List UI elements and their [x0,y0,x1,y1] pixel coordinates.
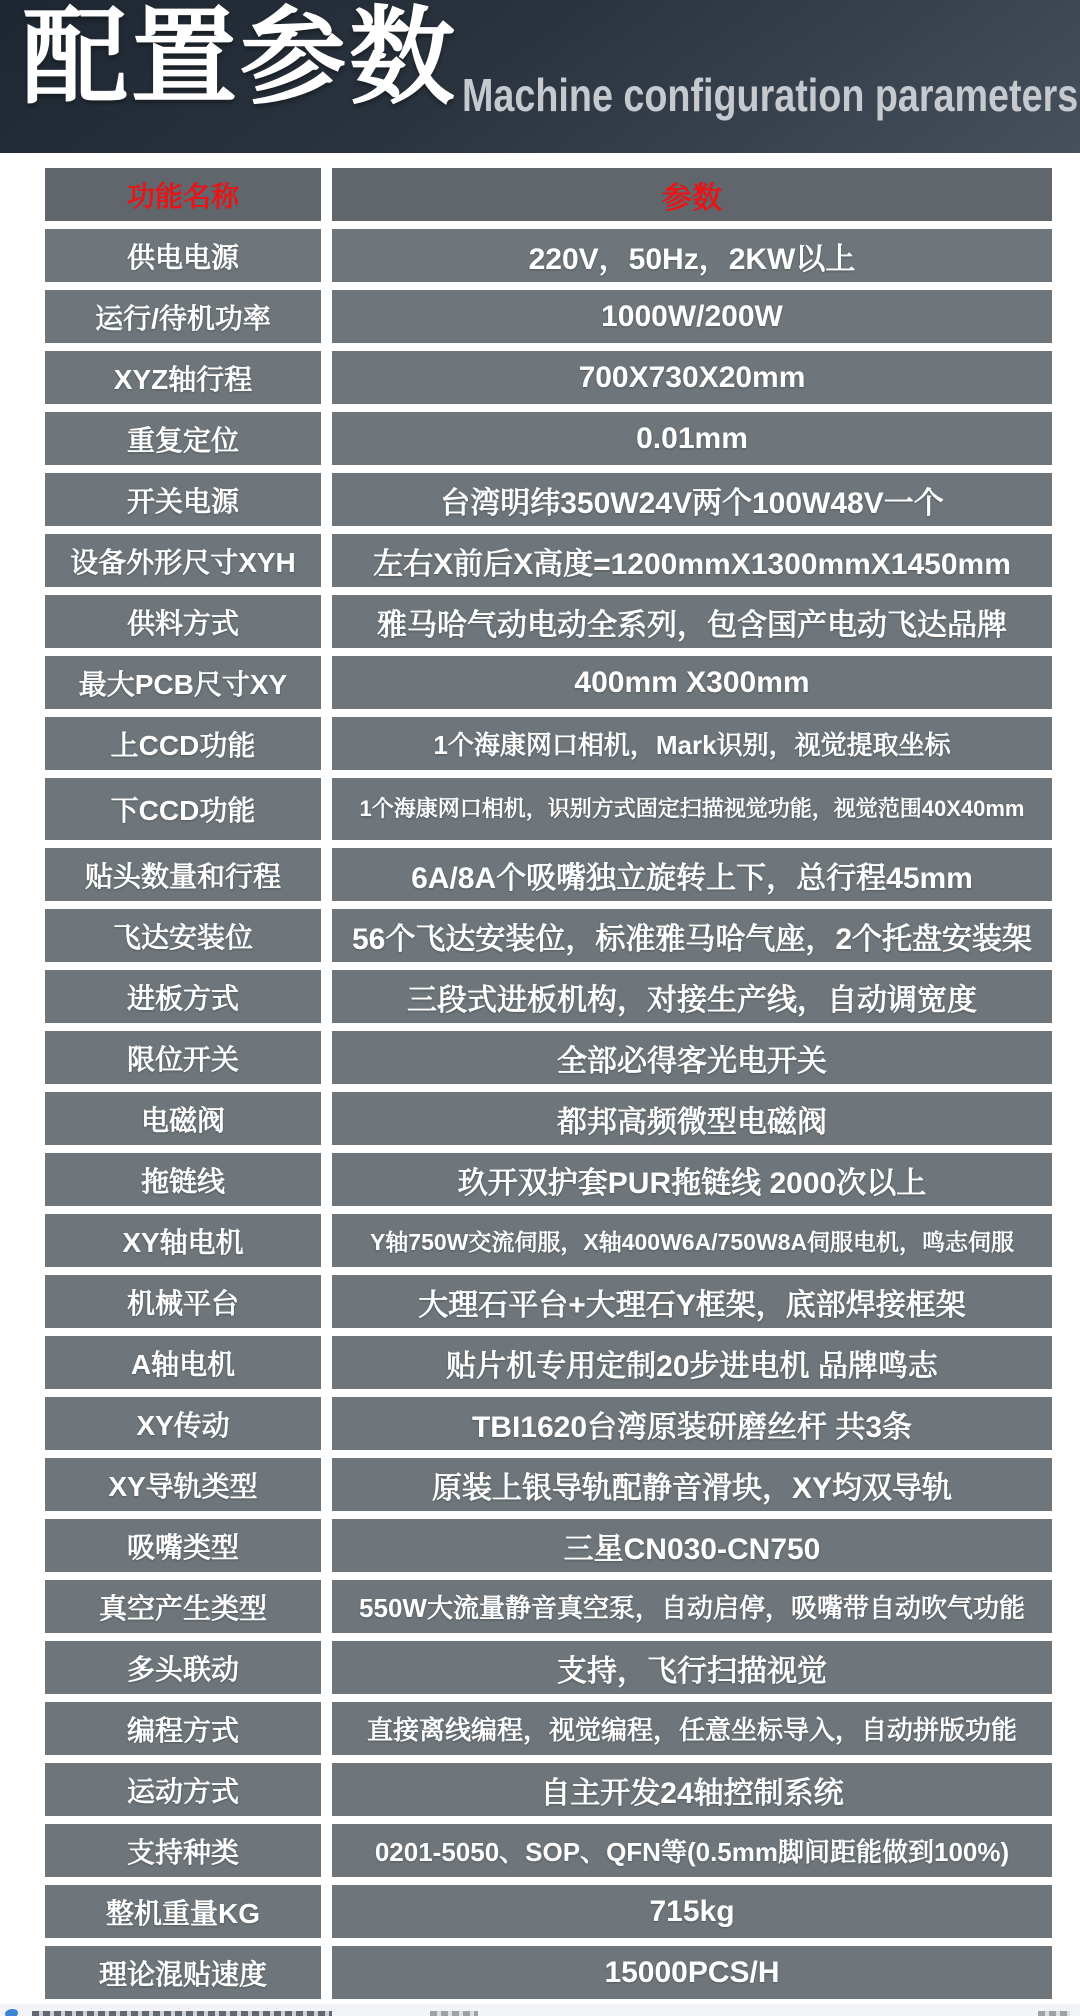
row-label: 进板方式 [45,970,321,1023]
row-label: 限位开关 [45,1031,321,1084]
row-label: 运动方式 [45,1763,321,1816]
row-label: 电磁阀 [45,1092,321,1145]
table-row: 飞达安装位56个飞达安装位，标准雅马哈气座，2个托盘安装架 [45,909,1052,962]
header-col-parameter: 参数 [332,168,1052,221]
row-label: XYZ轴行程 [45,351,321,404]
row-value: 三段式进板机构，对接生产线，自动调宽度 [332,970,1052,1023]
spec-table: 功能名称 参数 供电电源220V，50Hz，2KW以上运行/待机功率1000W/… [45,168,1052,1999]
table-row: 编程方式直接离线编程，视觉编程，任意坐标导入，自动拼版功能 [45,1702,1052,1755]
table-row: XY传动TBI1620台湾原装研磨丝杆 共3条 [45,1397,1052,1450]
row-value: 全部必得客光电开关 [332,1031,1052,1084]
row-label: 编程方式 [45,1702,321,1755]
table-row: 整机重量KG715kg [45,1885,1052,1938]
row-value: 左右X前后X高度=1200mmX1300mmX1450mm [332,534,1052,587]
unreadable-text-smudge [1038,2011,1070,2016]
row-label: 开关电源 [45,473,321,526]
row-label: 支持种类 [45,1824,321,1877]
table-row: 理论混贴速度15000PCS/H [45,1946,1052,1999]
row-value: 0201-5050、SOP、QFN等(0.5mm脚间距能做到100%) [332,1824,1052,1877]
row-label: XY导轨类型 [45,1458,321,1511]
row-value: 56个飞达安装位，标准雅马哈气座，2个托盘安装架 [332,909,1052,962]
table-row: 限位开关全部必得客光电开关 [45,1031,1052,1084]
row-value: 雅马哈气动电动全系列，包含国产电动飞达品牌 [332,595,1052,648]
row-label: 下CCD功能 [45,778,321,840]
banner: 配置参数 Machine configuration parameters [0,0,1080,153]
table-row: 下CCD功能1个海康网口相机，识别方式固定扫描视觉功能，视觉范围40X40mm [45,778,1052,840]
table-row: XYZ轴行程700X730X20mm [45,351,1052,404]
row-value: 0.01mm [332,412,1052,465]
row-value: 支持，飞行扫描视觉 [332,1641,1052,1694]
row-value: 三星CN030-CN750 [332,1519,1052,1572]
row-value: 1000W/200W [332,290,1052,343]
row-label: A轴电机 [45,1336,321,1389]
row-value: Y轴750W交流伺服，X轴400W6A/750W8A伺服电机，鸣志伺服 [332,1214,1052,1267]
row-label: 运行/待机功率 [45,290,321,343]
table-header-row: 功能名称 参数 [45,168,1052,221]
row-value: TBI1620台湾原装研磨丝杆 共3条 [332,1397,1052,1450]
row-label: 上CCD功能 [45,717,321,770]
table-row: 机械平台大理石平台+大理石Y框架，底部焊接框架 [45,1275,1052,1328]
row-label: 设备外形尺寸XYH [45,534,321,587]
row-value: 550W大流量静音真空泵，自动启停，吸嘴带自动吹气功能 [332,1580,1052,1633]
table-row: 供电电源220V，50Hz，2KW以上 [45,229,1052,282]
row-value: 原装上银导轨配静音滑块，XY均双导轨 [332,1458,1052,1511]
row-label: 机械平台 [45,1275,321,1328]
row-value: 台湾明纬350W24V两个100W48V一个 [332,473,1052,526]
table-row: 重复定位0.01mm [45,412,1052,465]
table-row: 电磁阀都邦高频微型电磁阀 [45,1092,1052,1145]
table-row: 贴头数量和行程6A/8A个吸嘴独立旋转上下，总行程45mm [45,848,1052,901]
row-label: 拖链线 [45,1153,321,1206]
row-value: 都邦高频微型电磁阀 [332,1092,1052,1145]
page-title: 配置参数 [22,4,458,112]
page-subtitle: Machine configuration parameters [462,68,1078,122]
taskbar-icon [5,2009,18,2016]
table-row: 上CCD功能1个海康网口相机，Mark识别，视觉提取坐标 [45,717,1052,770]
header-col-function: 功能名称 [45,168,321,221]
row-value: 直接离线编程，视觉编程，任意坐标导入，自动拼版功能 [332,1702,1052,1755]
table-row: 吸嘴类型三星CN030-CN750 [45,1519,1052,1572]
table-row: 真空产生类型550W大流量静音真空泵，自动启停，吸嘴带自动吹气功能 [45,1580,1052,1633]
row-value: 220V，50Hz，2KW以上 [332,229,1052,282]
bottom-partial-window-edge [0,2002,1080,2016]
row-label: 真空产生类型 [45,1580,321,1633]
table-row: 拖链线玖开双护套PUR拖链线 2000次以上 [45,1153,1052,1206]
table-row: 最大PCB尺寸XY400mm X300mm [45,656,1052,709]
row-label: 多头联动 [45,1641,321,1694]
table-row: 供料方式雅马哈气动电动全系列，包含国产电动飞达品牌 [45,595,1052,648]
row-value: 400mm X300mm [332,656,1052,709]
row-value: 700X730X20mm [332,351,1052,404]
row-label: 最大PCB尺寸XY [45,656,321,709]
row-value: 自主开发24轴控制系统 [332,1763,1052,1816]
row-label: XY传动 [45,1397,321,1450]
row-label: 吸嘴类型 [45,1519,321,1572]
unreadable-text-smudge [32,2011,332,2016]
table-row: A轴电机贴片机专用定制20步进电机 品牌鸣志 [45,1336,1052,1389]
table-row: 开关电源台湾明纬350W24V两个100W48V一个 [45,473,1052,526]
row-value: 15000PCS/H [332,1946,1052,1999]
table-row: XY轴电机Y轴750W交流伺服，X轴400W6A/750W8A伺服电机，鸣志伺服 [45,1214,1052,1267]
table-row: 支持种类0201-5050、SOP、QFN等(0.5mm脚间距能做到100%) [45,1824,1052,1877]
row-label: 飞达安装位 [45,909,321,962]
row-value: 1个海康网口相机，Mark识别，视觉提取坐标 [332,717,1052,770]
table-row: XY导轨类型原装上银导轨配静音滑块，XY均双导轨 [45,1458,1052,1511]
row-value: 大理石平台+大理石Y框架，底部焊接框架 [332,1275,1052,1328]
row-label: 理论混贴速度 [45,1946,321,1999]
unreadable-text-smudge [430,2011,478,2016]
row-value: 贴片机专用定制20步进电机 品牌鸣志 [332,1336,1052,1389]
row-label: XY轴电机 [45,1214,321,1267]
row-label: 供料方式 [45,595,321,648]
table-row: 运行/待机功率1000W/200W [45,290,1052,343]
table-row: 多头联动支持，飞行扫描视觉 [45,1641,1052,1694]
row-value: 6A/8A个吸嘴独立旋转上下，总行程45mm [332,848,1052,901]
row-value: 玖开双护套PUR拖链线 2000次以上 [332,1153,1052,1206]
table-row: 运动方式自主开发24轴控制系统 [45,1763,1052,1816]
row-value: 1个海康网口相机，识别方式固定扫描视觉功能，视觉范围40X40mm [332,778,1052,840]
table-row: 进板方式三段式进板机构，对接生产线，自动调宽度 [45,970,1052,1023]
row-label: 整机重量KG [45,1885,321,1938]
table-row: 设备外形尺寸XYH左右X前后X高度=1200mmX1300mmX1450mm [45,534,1052,587]
row-label: 贴头数量和行程 [45,848,321,901]
row-label: 重复定位 [45,412,321,465]
row-value: 715kg [332,1885,1052,1938]
row-label: 供电电源 [45,229,321,282]
